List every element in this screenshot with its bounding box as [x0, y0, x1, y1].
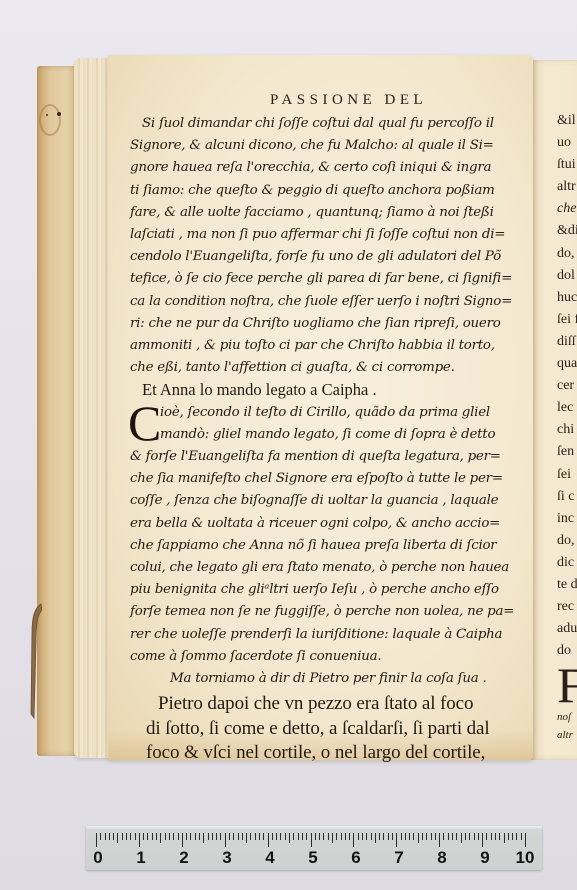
scan-view: PASSIONE DEL Si ſuol dimandar chi ſoſſe … [0, 0, 577, 890]
paragraph-4: Pietro dapoi che vn pezzo era ſtato al f… [130, 692, 530, 766]
ruler-tick [126, 833, 127, 840]
ruler-tick [203, 833, 204, 843]
ruler-tick [135, 833, 136, 840]
facing-line: uo [557, 132, 577, 154]
ruler-tick [405, 833, 406, 840]
ruler-tick [302, 833, 303, 840]
ruler-tick [413, 833, 414, 840]
ruler-tick [233, 833, 234, 840]
ruler-tick [216, 833, 217, 840]
ruler-tick [306, 833, 307, 840]
text-line: di ſotto, ſi come e detto, a ſcaldarſi, … [130, 717, 530, 742]
ruler-tick [250, 833, 251, 840]
ruler-tick [113, 833, 114, 840]
ruler-tick [130, 833, 131, 840]
ruler-tick [152, 833, 153, 840]
cover-stain [39, 104, 61, 136]
leather-tie-icon [28, 602, 42, 720]
ruler-tick [147, 833, 148, 840]
text-line: era bella & uoltata à riceuer ogni colpo… [130, 513, 530, 535]
facing-line: &di [557, 220, 577, 242]
ruler-tick [173, 833, 174, 840]
facing-line: ſi c [557, 486, 577, 508]
ruler-tick [465, 833, 466, 840]
drop-cap: C [128, 400, 161, 446]
ruler-label: 2 [179, 848, 188, 868]
ruler-tick [521, 833, 522, 840]
wormhole [57, 112, 61, 116]
ruler-tick [190, 833, 191, 840]
facing-line: adu [557, 618, 577, 640]
ruler-tick [495, 833, 496, 840]
ruler-tick [225, 833, 226, 847]
ruler-tick [461, 833, 462, 843]
ruler-tick [341, 833, 342, 840]
text-line: piu benignita che gliᵃltri uerſo Ieſu , … [130, 579, 530, 601]
text-line: cendolo l'Euangeliſta, forſe fu uno de g… [130, 246, 530, 268]
ruler-tick [272, 833, 273, 840]
text-line: gnore hauea reſa l'orecchia, & certo coſ… [130, 157, 530, 179]
ruler-tick [401, 833, 402, 840]
ruler-tick [199, 833, 200, 840]
ruler-tick [349, 833, 350, 840]
ruler-tick [396, 833, 397, 847]
ruler-tick [456, 833, 457, 840]
text-line: ti ſiamo: che queſto & peggio di queſto … [130, 180, 530, 202]
text-line: tefice, ò ſe cio fece perche gli parea d… [130, 268, 530, 290]
ruler-tick [345, 833, 346, 840]
ruler-tick [96, 833, 97, 847]
ruler-tick [375, 833, 376, 843]
ruler-tick [525, 833, 526, 847]
heading-line: Et Anna lo mando legato a Caipha . [130, 379, 530, 401]
text-line: che ſia manifeſto chel Signore era eſpoſ… [130, 468, 530, 490]
ruler-tick [504, 833, 505, 843]
ruler-tick [353, 833, 354, 847]
ruler-tick [293, 833, 294, 840]
ruler-tick [426, 833, 427, 840]
ruler-tick [246, 833, 247, 843]
paragraph-3: Ma torniamo à dir di Pietro per finir la… [130, 668, 530, 690]
text-line: che ſappiamo che Anna nõ ſi hauea preſa … [130, 535, 530, 557]
ruler-tick [443, 833, 444, 840]
ruler-tick [486, 833, 487, 840]
text-line: & forſe l'Euangeliſta fa mention di queſ… [130, 446, 530, 468]
ruler-tick [169, 833, 170, 840]
facing-line: ſtui [557, 154, 577, 176]
ruler-tick [439, 833, 440, 847]
ruler-tick [499, 833, 500, 840]
ruler-tick [160, 833, 161, 843]
ruler-tick [418, 833, 419, 843]
ruler-label: 8 [437, 848, 446, 868]
facing-line: do, [557, 530, 577, 552]
ruler-tick [182, 833, 183, 847]
facing-line: rec [557, 596, 577, 618]
ruler-label: 7 [394, 848, 403, 868]
text-line: Si ſuol dimandar chi ſoſſe coſtui dal qu… [130, 113, 530, 135]
ruler-tick [178, 833, 179, 840]
ruler-tick [362, 833, 363, 840]
text-line: ioè, ſecondo il teſto di Cirillo, quãdo … [130, 402, 530, 424]
ruler-tick [298, 833, 299, 840]
text-line: laſciati , ma non ſi puo affermar chi ſi… [130, 224, 530, 246]
facing-line: cer [557, 375, 577, 397]
ruler-tick [208, 833, 209, 840]
facing-line: ſei [557, 464, 577, 486]
paragraph-1: Si ſuol dimandar chi ſoſſe coſtui dal qu… [130, 113, 530, 379]
ruler-tick [242, 833, 243, 840]
ruler-tick [315, 833, 316, 840]
ruler-tick [105, 833, 106, 840]
ruler-label: 6 [351, 848, 360, 868]
ruler-tick [139, 833, 140, 847]
facing-line: chi [557, 419, 577, 441]
ruler-tick [371, 833, 372, 840]
ruler-tick [469, 833, 470, 840]
ruler-tick [366, 833, 367, 840]
wormhole [46, 114, 48, 116]
ruler-tick [474, 833, 475, 840]
facing-line: dic [557, 552, 577, 574]
facing-line: altr [557, 176, 577, 198]
ruler-tick [435, 833, 436, 840]
ruler-tick [229, 833, 230, 840]
facing-line: ſen [557, 441, 577, 463]
ruler-tick [516, 833, 517, 840]
text-line: come à ſommo ſacerdote ſi conueniua. [130, 646, 530, 668]
facing-line: te d [557, 574, 577, 596]
facing-line: diſſ [557, 331, 577, 353]
ruler-tick [156, 833, 157, 840]
ruler-tick [319, 833, 320, 840]
ruler-label: 4 [265, 848, 274, 868]
ruler-tick [285, 833, 286, 840]
ruler-tick [379, 833, 380, 840]
ruler-tick [143, 833, 144, 840]
text-line: Signore, & alcuni dicono, che fu Malcho:… [130, 135, 530, 157]
ruler-tick [122, 833, 123, 840]
ruler-tick [238, 833, 239, 840]
ruler-tick [109, 833, 110, 840]
ruler-tick [448, 833, 449, 840]
ruler-tick [392, 833, 393, 840]
text-line: ammoniti , & piu toſto ci par che Chriſt… [130, 335, 530, 357]
text-line: Pietro dapoi che vn pezzo era ſtato al f… [130, 692, 530, 717]
facing-line: dol [557, 265, 577, 287]
text-line: colui, che legato gli era ſtato menato, … [130, 557, 530, 579]
ruler-tick [409, 833, 410, 840]
ruler-tick [388, 833, 389, 840]
ruler-tick [512, 833, 513, 840]
facing-page-text: &il uo ſtui altr che &di do, dol huc ſei… [557, 110, 577, 744]
ruler-tick [195, 833, 196, 840]
facing-line: inc [557, 508, 577, 530]
ruler-label: 0 [93, 848, 102, 868]
ruler-tick [165, 833, 166, 840]
text-line: ri: che ne pur da Chriſto uogliamo che ſ… [130, 313, 530, 335]
ruler-tick [336, 833, 337, 840]
page-block-edges [74, 58, 112, 758]
ruler-tick [478, 833, 479, 840]
ruler-tick [431, 833, 432, 840]
ruler-tick [100, 833, 101, 840]
ruler-tick [255, 833, 256, 840]
text-line: ca la condition noſtra, che ſuole eſſer … [130, 291, 530, 313]
ruler-tick [263, 833, 264, 840]
text-line: mandò: gliel mando legato, ſi come di ſo… [130, 424, 530, 446]
ruler-tick [268, 833, 269, 847]
ruler-tick [358, 833, 359, 840]
page-text: Si ſuol dimandar chi ſoſſe coſtui dal qu… [130, 96, 530, 766]
vellum-cover [37, 66, 79, 756]
ruler-tick [332, 833, 333, 843]
text-line: foco & vſci nel cortile, o nel largo del… [130, 741, 530, 766]
text-line: coſſe , ſenza che biſognaſſe di uoltar l… [130, 490, 530, 512]
ruler-tick [276, 833, 277, 840]
facing-line: qua [557, 353, 577, 375]
facing-line: huc [557, 287, 577, 309]
ruler-tick [422, 833, 423, 840]
text-line: fare, & alle uolte facciamo , quantunq; … [130, 202, 530, 224]
facing-line: ſei f [557, 309, 577, 331]
facing-drop-cap: F [557, 662, 577, 708]
paragraph-2: C ioè, ſecondo il teſto di Cirillo, quãd… [130, 402, 530, 668]
ruler-tick [508, 833, 509, 840]
ruler-label: 3 [222, 848, 231, 868]
scale-ruler: 0 1 2 3 4 5 6 7 8 9 10 [86, 826, 542, 870]
ruler-tick [289, 833, 290, 843]
ruler-tick [491, 833, 492, 840]
ruler-label: 10 [516, 848, 535, 868]
ruler-tick [311, 833, 312, 847]
text-line: rer che uoleſſe prenderſi la iuriſdition… [130, 624, 530, 646]
ruler-tick [186, 833, 187, 840]
facing-line: che [557, 198, 577, 220]
ruler-tick [117, 833, 118, 843]
facing-line: &il [557, 110, 577, 132]
ruler-label: 9 [480, 848, 489, 868]
ruler-tick [212, 833, 213, 840]
facing-line: altr [557, 726, 577, 744]
ruler-label: 1 [136, 848, 145, 868]
facing-line: do, [557, 243, 577, 265]
ruler-tick [328, 833, 329, 840]
ruler-tick [280, 833, 281, 840]
ruler-tick [323, 833, 324, 840]
ruler-tick [452, 833, 453, 840]
text-line: forſe temea non ſe ne fuggiſſe, ò perche… [130, 601, 530, 623]
ruler-label: 5 [308, 848, 317, 868]
ruler-tick [259, 833, 260, 840]
ruler-tick [220, 833, 221, 840]
text-line: che eßi, tanto l'affettion ci guaſta, & … [130, 357, 530, 379]
text-line: Ma torniamo à dir di Pietro per finir la… [130, 668, 530, 690]
ruler-tick [482, 833, 483, 847]
ruler-tick [383, 833, 384, 840]
section-heading: Et Anna lo mando legato a Caipha . [130, 379, 530, 401]
facing-line: lec [557, 397, 577, 419]
